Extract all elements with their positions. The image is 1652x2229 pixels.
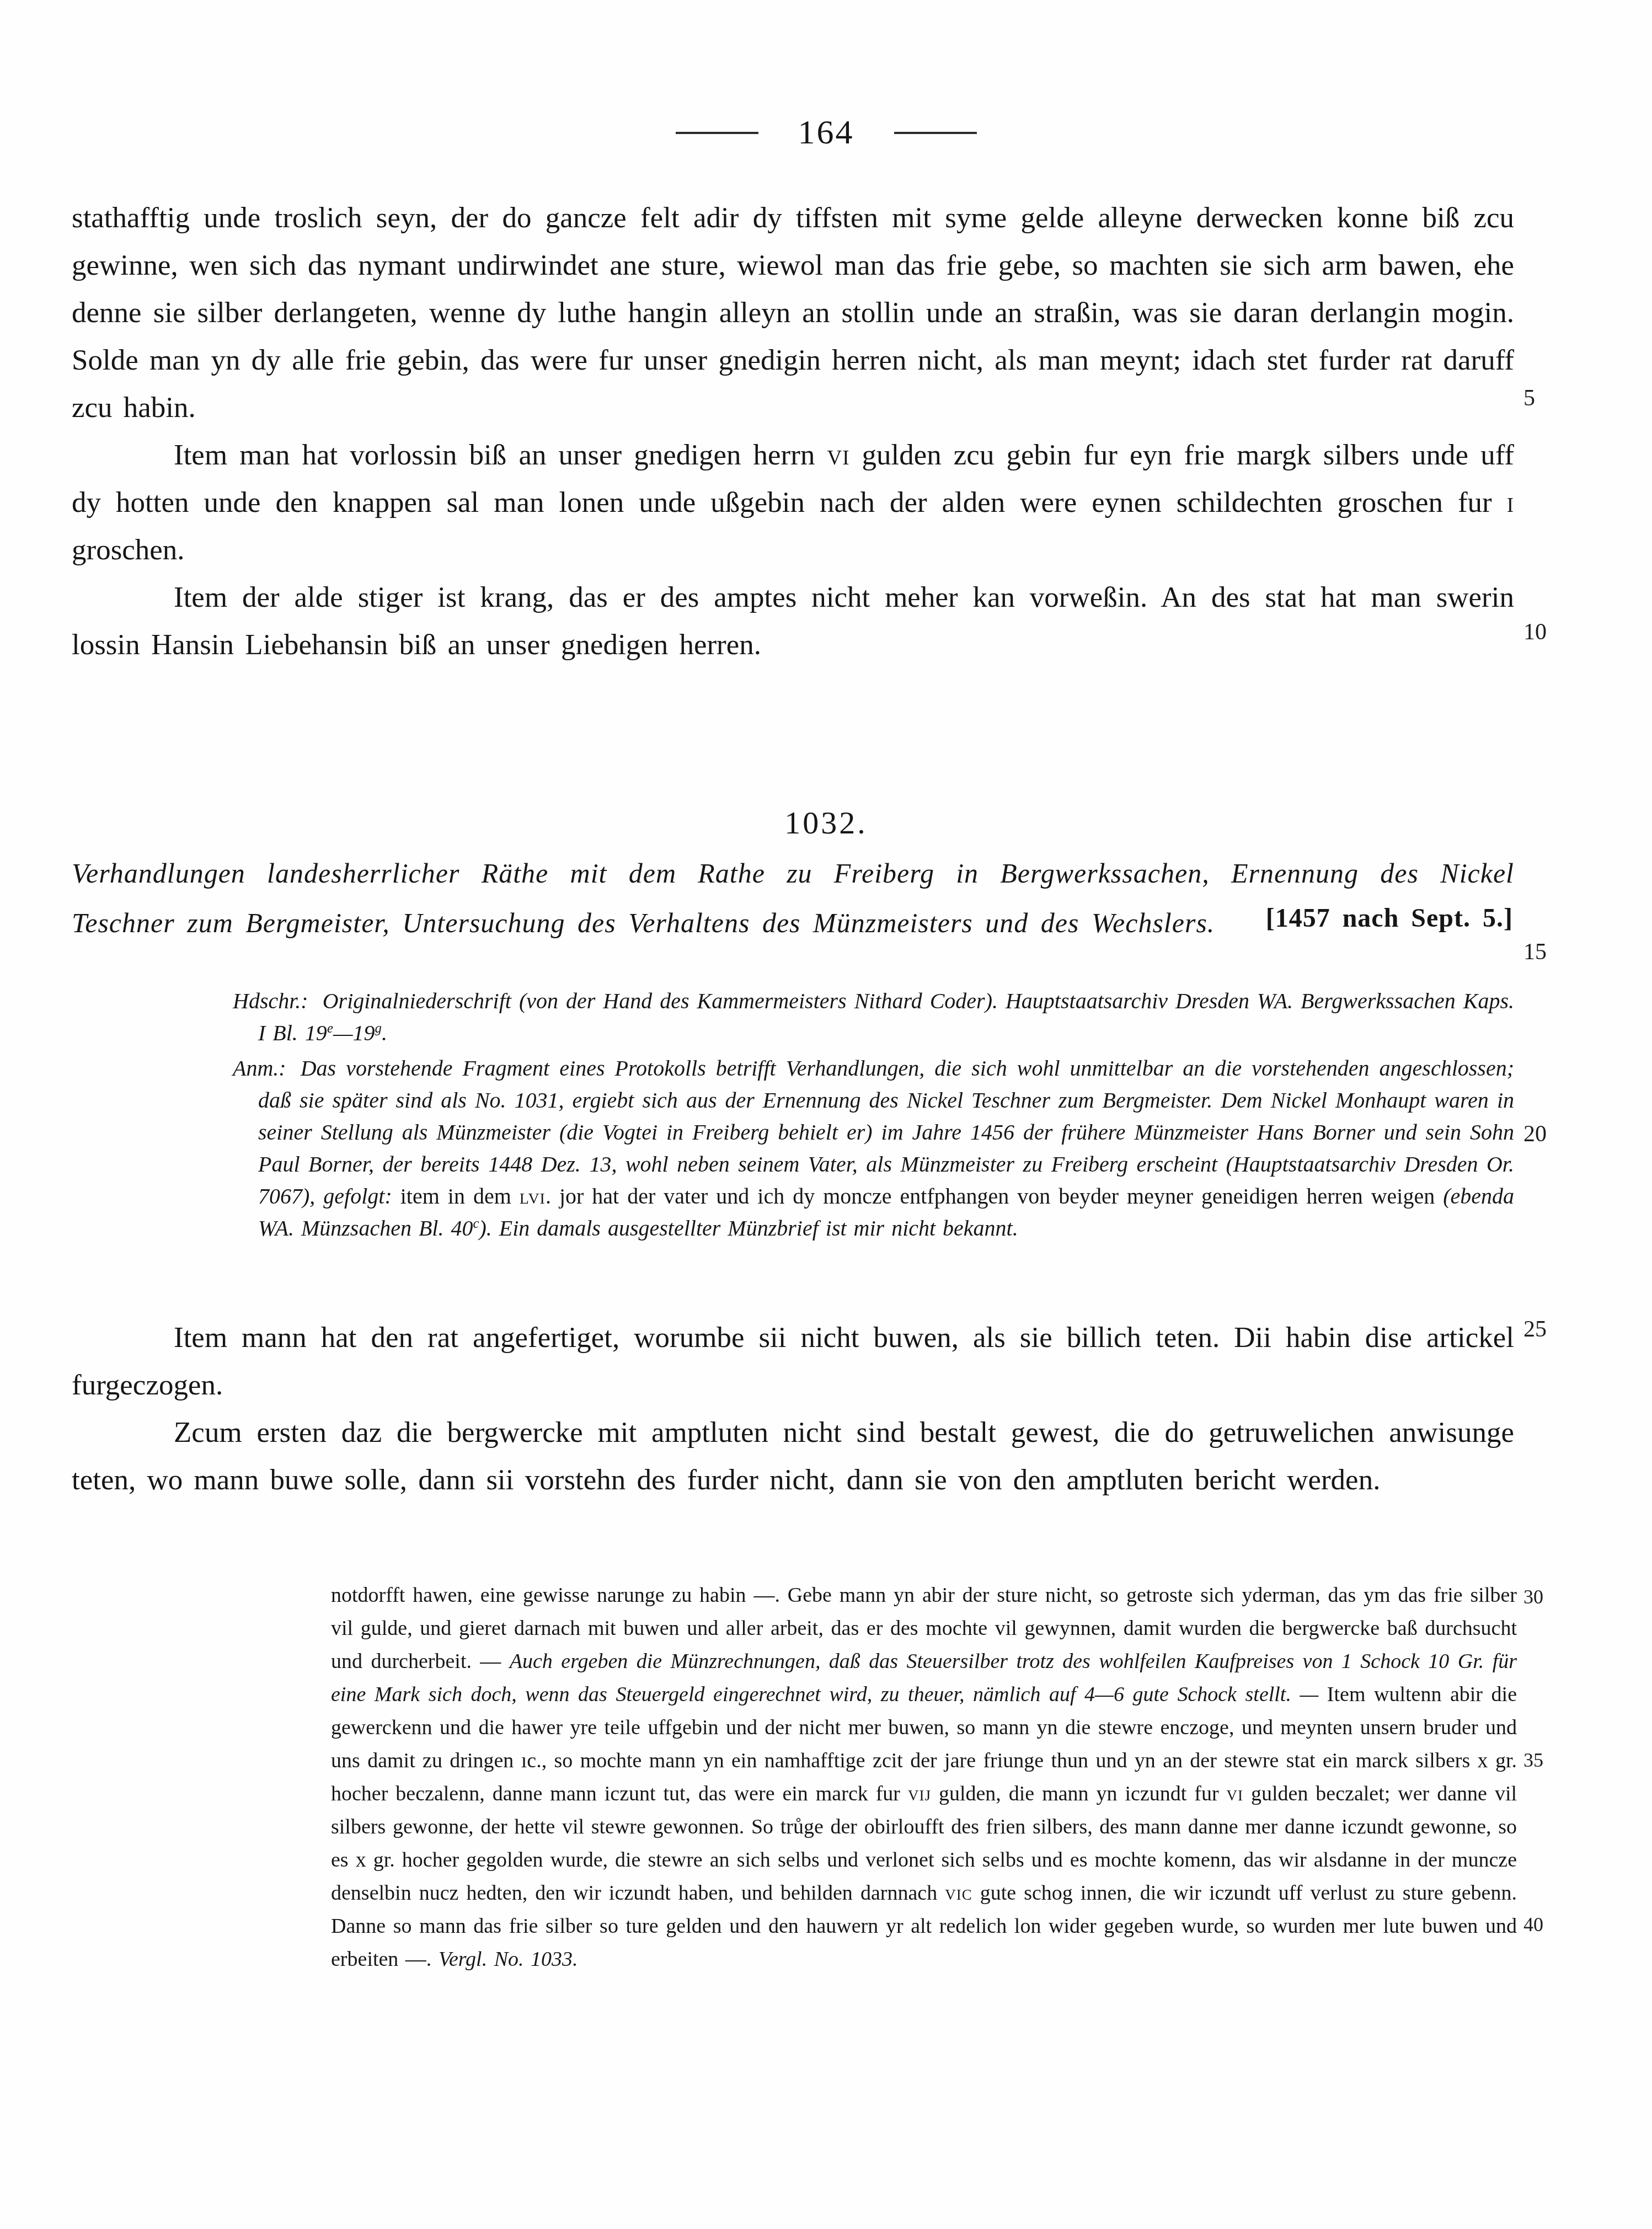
note-anm-label: Anm.: — [233, 1056, 286, 1081]
paragraph-zcum-ersten: Zcum ersten daz die bergwercke mit amptl… — [72, 1409, 1514, 1504]
note-anm-paragraph: Anm.:Das vorstehende Fragment eines Prot… — [258, 1052, 1514, 1244]
main-text-block-1: stathafftig unde troslich seyn, der do g… — [72, 194, 1514, 669]
header-right-dash — [894, 132, 977, 134]
scanned-book-page: 164 stathafftig unde troslich seyn, der … — [0, 0, 1652, 2229]
margin-line-number-20: 20 — [1523, 1121, 1547, 1147]
paragraph-item-vorlossin: Item man hat vorlossin biß an unser gned… — [72, 431, 1514, 574]
note-anm: Anm.:Das vorstehende Fragment eines Prot… — [258, 1052, 1514, 1244]
paragraph-item-stiger: Item der alde stiger ist krang, das er d… — [72, 574, 1514, 669]
paragraph-stathafftig: stathafftig unde troslich seyn, der do g… — [72, 194, 1514, 431]
margin-line-number-5: 5 — [1523, 385, 1535, 411]
paragraph-item-rat: Item mann hat den rat angefertiget, woru… — [72, 1314, 1514, 1409]
note-hdschr-paragraph: Hdschr.:Originalniederschrift (von der H… — [258, 985, 1514, 1049]
margin-line-number-35: 35 — [1523, 1749, 1543, 1772]
footnote-text: notdorfft hawen, eine gewisse narunge zu… — [331, 1579, 1517, 1976]
margin-line-number-10: 10 — [1523, 619, 1547, 645]
page-header: 164 — [0, 113, 1652, 152]
margin-line-number-30: 30 — [1523, 1585, 1543, 1608]
note-hdschr: Hdschr.:Originalniederschrift (von der H… — [258, 985, 1514, 1049]
note-hdschr-label: Hdschr.: — [233, 988, 308, 1013]
entry-date: [1457 nach Sept. 5.] — [1266, 894, 1513, 943]
entry-summary: Verhandlungen landesherrlicher Räthe mit… — [72, 848, 1514, 948]
margin-line-number-40: 40 — [1523, 1913, 1543, 1936]
header-left-dash — [676, 132, 758, 134]
margin-line-number-25: 25 — [1523, 1316, 1547, 1343]
entry-number: 1032. — [0, 804, 1652, 841]
footnote-block: notdorfft hawen, eine gewisse narunge zu… — [331, 1579, 1517, 1976]
note-hdschr-text: Originalniederschrift (von der Hand des … — [258, 988, 1514, 1045]
margin-line-number-15: 15 — [1523, 939, 1547, 965]
page-number: 164 — [798, 113, 854, 152]
main-text-block-2: Item mann hat den rat angefertiget, woru… — [72, 1314, 1514, 1504]
note-anm-text: Das vorstehende Fragment eines Protokoll… — [258, 1056, 1514, 1241]
